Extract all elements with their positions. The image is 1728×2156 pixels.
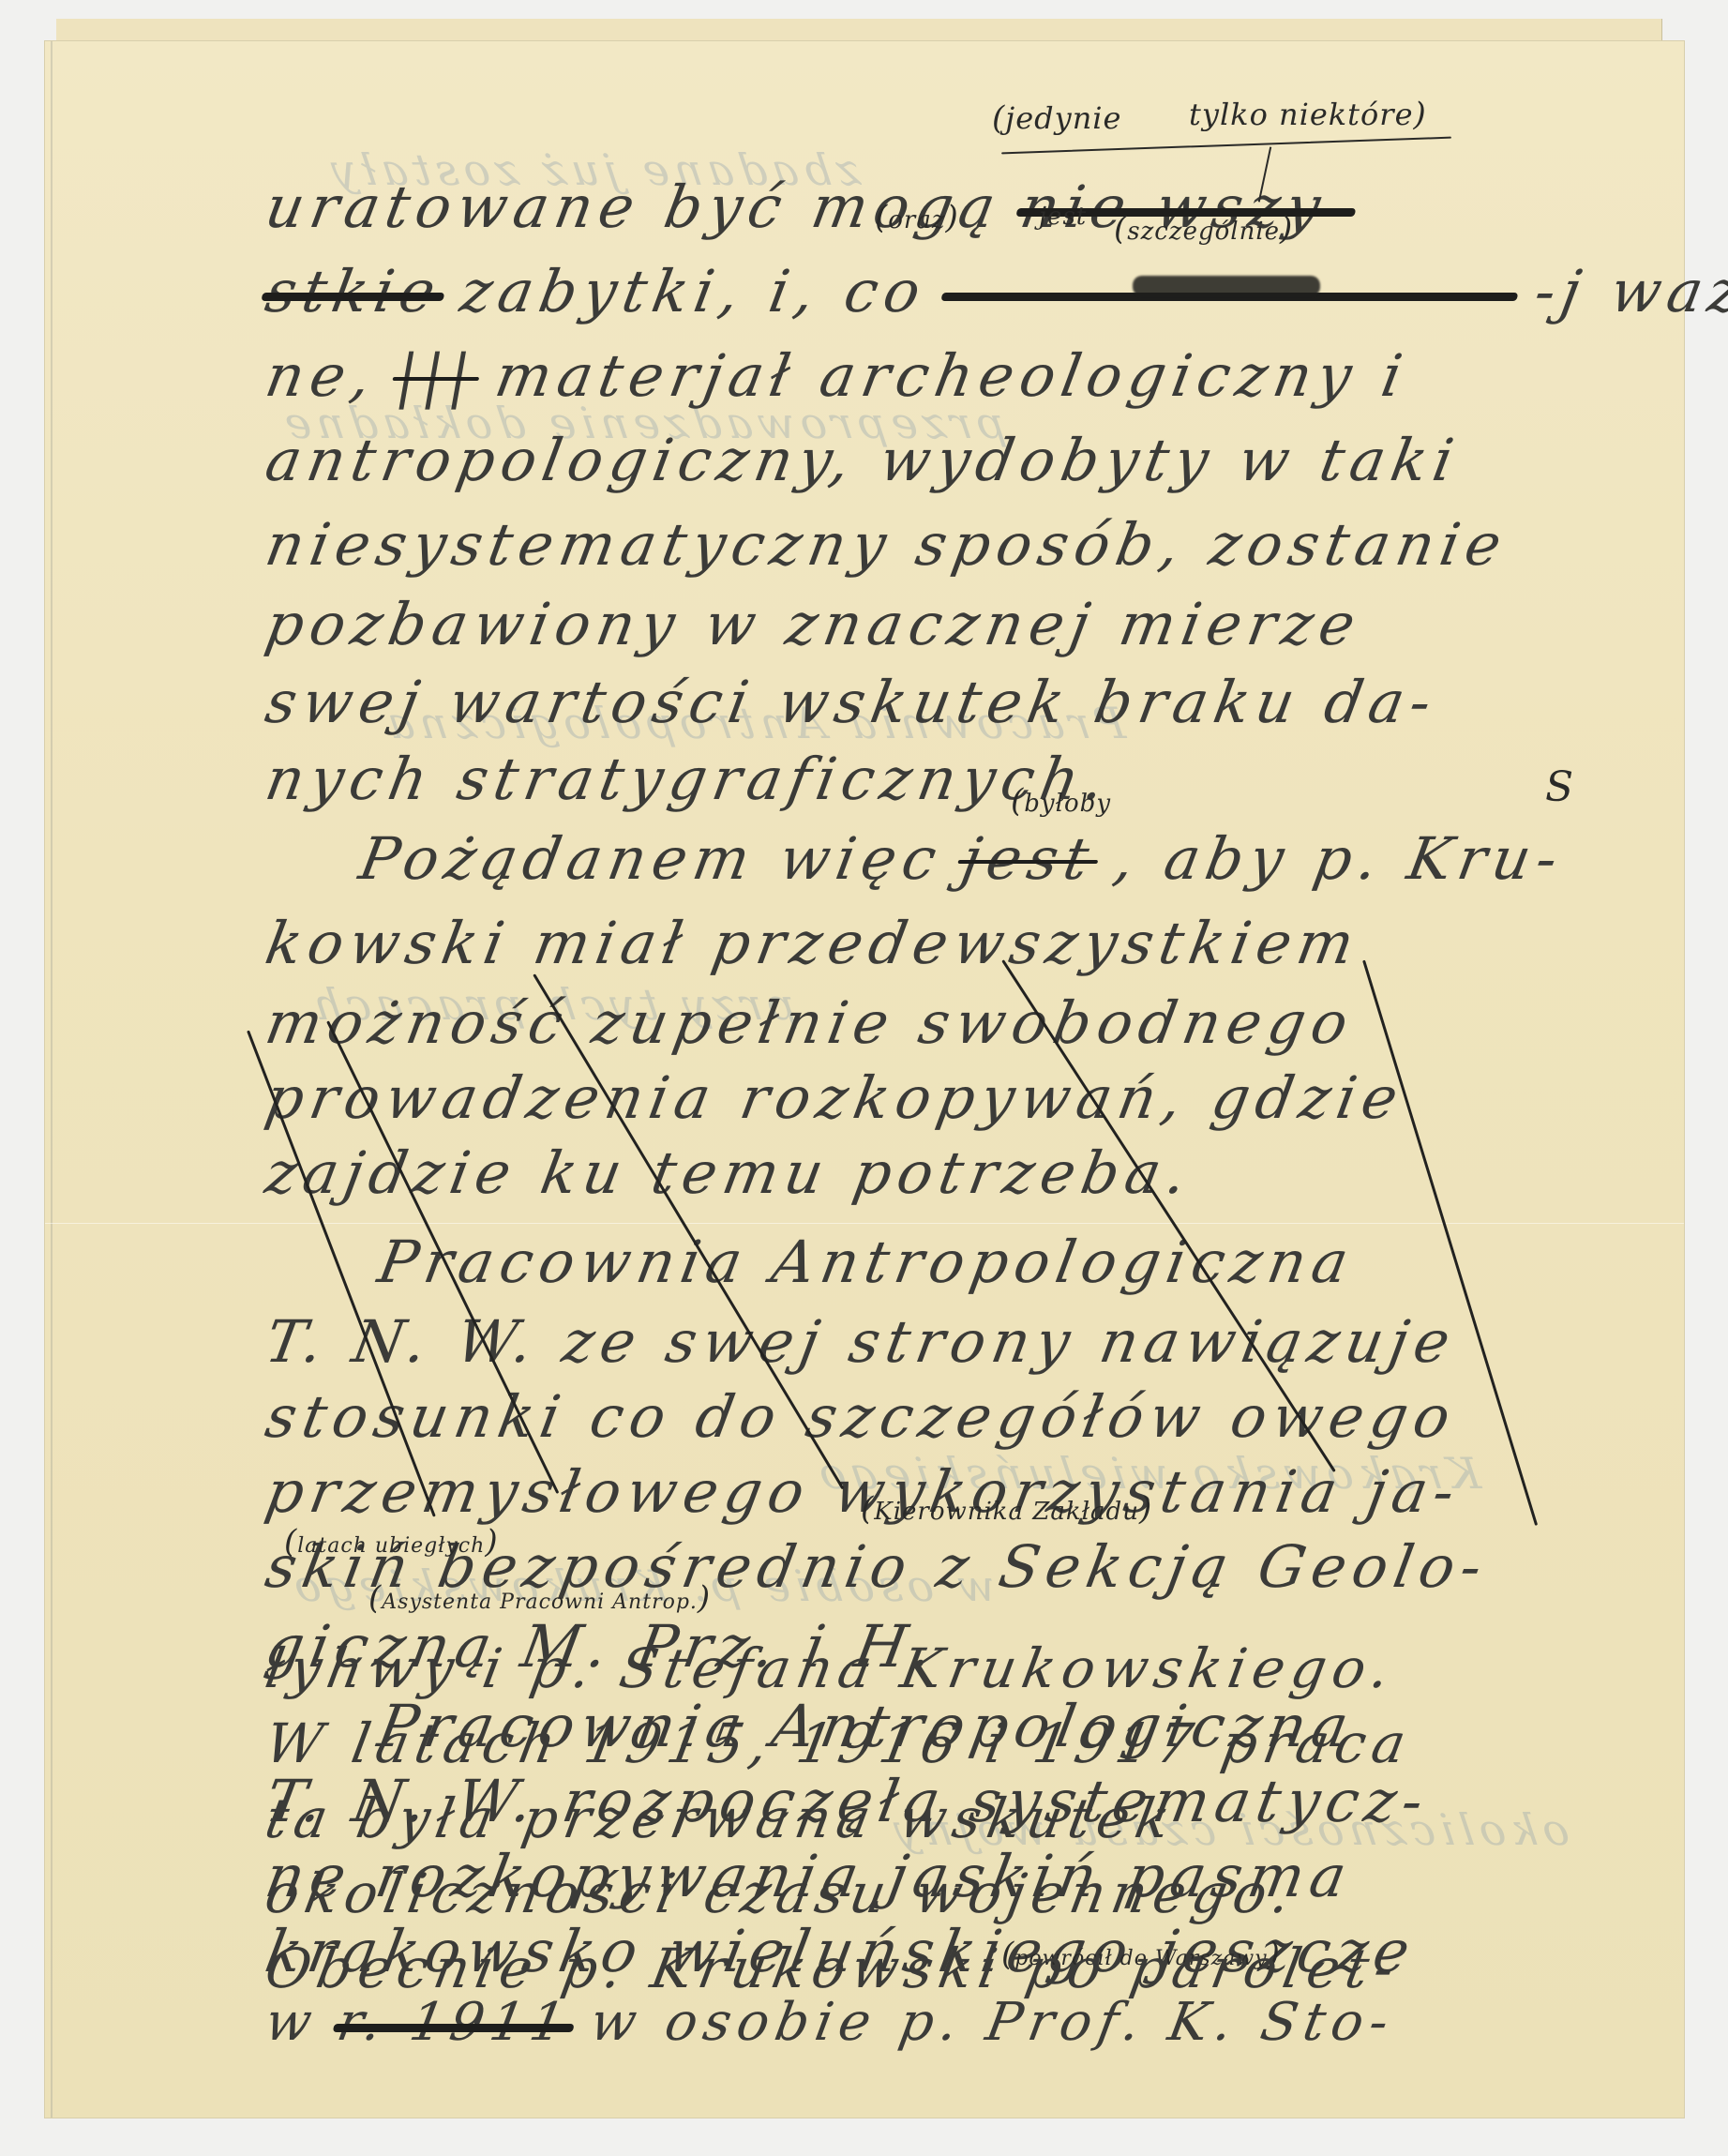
annotation-text: jedynie: [1005, 100, 1121, 136]
manuscript-line: wr. 1911w osobie p. Prof. K. Sto-: [261, 1992, 1420, 2053]
struck-text: jest: [956, 824, 1101, 893]
ink-blot: [1133, 276, 1320, 296]
annotation-text: Kierownika Zakładu: [874, 1498, 1139, 1526]
manuscript-line: kowski miał przedewszystkiem: [261, 909, 1365, 977]
line-text: , aby p. Kru-: [1109, 824, 1570, 893]
annotation-insert: (byłoby: [1011, 782, 1111, 820]
annotation-insert: (szczególnie): [1114, 210, 1293, 248]
line-text: ne,: [261, 341, 383, 410]
manuscript-line: ta była przerwana wskutek: [261, 1787, 1181, 1850]
line-text: w: [261, 1992, 323, 2053]
manuscript-line: antropologiczny, wydobyty w taki: [261, 426, 1465, 494]
line-text: w osobie p. Prof. K. Sto-: [586, 1992, 1400, 2053]
annotation-text: Asystenta Pracowni Antrop.: [382, 1591, 698, 1614]
manuscript-line-crossed: T. N. W. ze swej strony nawiązuje: [261, 1307, 1462, 1376]
struck-text: |||: [391, 341, 482, 410]
manuscript-line: niesystematyczny sposób, zostanie: [261, 510, 1513, 579]
annotation-insert: (Kierownika Zakładu): [861, 1490, 1152, 1528]
annotation-text: jest: [1039, 203, 1087, 231]
paper-edge-shadow: [51, 41, 53, 2118]
annotation-insert: (oraz): [875, 199, 959, 236]
line-text: Pożądanem więc: [354, 824, 948, 893]
manuscript-line: pozbawiony w znacznej mierze: [261, 590, 1367, 658]
manuscript-line: ne,|||materjał archeologiczny i: [261, 341, 1435, 410]
annotation-insert: (jedynie: [992, 99, 1121, 137]
annotation-text: oraz: [888, 206, 945, 234]
manuscript-line: Obecnie p. Krukowski po parolet-: [261, 1937, 1405, 2000]
annotation-text: byłoby: [1024, 790, 1111, 818]
paper-fold-line: [45, 1223, 1684, 1224]
annotation-insert: jest: [1039, 203, 1087, 231]
line-text: -j waż-: [1529, 257, 1728, 325]
manuscript-line: nych stratygraficznych.: [261, 745, 1116, 813]
manuscript-line: prowadzenia rozkopywań, gdzie: [261, 1063, 1409, 1132]
annotation-text: latach ubiegłych: [297, 1534, 485, 1558]
manuscript-line: łyhwy i p. Stefana Krukowskiego.: [261, 1636, 1401, 1700]
struck-text: r. 1911: [333, 1992, 576, 2053]
manuscript-line: możność zupełnie swobodnego: [261, 988, 1360, 1057]
manuscript-line: okoliczności czasu wojennego.: [261, 1862, 1301, 1925]
struck-text: stkie: [261, 257, 447, 325]
annotation-insert: (latach ubiegłych): [284, 1523, 499, 1560]
annotation-insert: tylko niektóre): [1189, 96, 1427, 133]
annotation-text: szczególnie: [1127, 218, 1280, 246]
annotation-text: tylko niektóre: [1189, 97, 1414, 132]
manuscript-line: W latach 1915, 1916 i 1917 praca: [261, 1711, 1417, 1775]
line-text: zabytki, i, co: [456, 257, 932, 325]
line-text: materjał archeologiczny i: [490, 341, 1414, 410]
insertion-mark: S: [1545, 763, 1574, 811]
manuscript-line: swej wartości wskutek braku da-: [261, 668, 1443, 736]
manuscript-line: Pożądanem więcjest, aby p. Kru-: [354, 824, 1590, 893]
annotation-bracket: [1001, 137, 1451, 155]
manuscript-line: stkiezabytki, i, cojest szczególnie-j wa…: [261, 257, 1728, 325]
annotation-insert: (Asystenta Pracowni Antrop.): [368, 1579, 711, 1617]
